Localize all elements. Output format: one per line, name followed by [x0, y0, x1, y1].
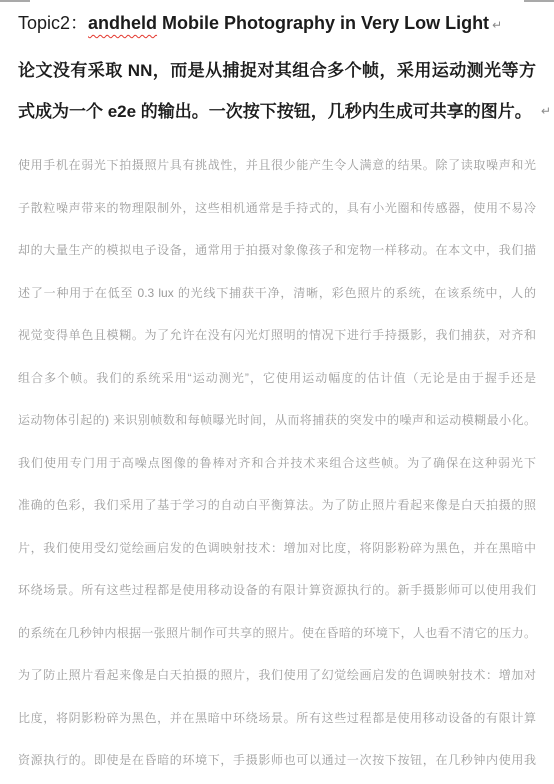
lead-paragraph: 论文没有采取 NN，而是从捕捉对其组合多个帧，采用运动测光等方 式成为一个 e2…: [18, 50, 536, 132]
body-line: 资源执行的。即使是在昏暗的环境下，手摄影师也可以通过一次按下按钮，在几秒钟内使用…: [18, 739, 536, 782]
lead-line: 论文没有采取 NN，而是从捕捉对其组合多个帧，采用运动测光等方: [18, 50, 536, 91]
title-prefix: Topic2：: [18, 13, 88, 33]
document-page: Topic2：andheld Mobile Photography in Ver…: [0, 0, 554, 784]
body-line: 却的大量生产的模拟电子设备，通常用于拍摄对象像孩子和宠物一样移动。在本文中，我们…: [18, 229, 536, 272]
body-line: 视觉变得单色且模糊。为了允许在没有闪光灯照明的情况下进行手持摄影，我们捕获，对齐…: [18, 314, 536, 357]
body-line: 运动物体引起的) 来识别帧数和每帧曝光时间，从而将捕获的突发中的噪声和运动模糊最…: [18, 399, 536, 442]
body-line: 组合多个帧。我们的系统采用“运动测光”，它使用运动幅度的估计值（无论是由于握手还…: [18, 357, 536, 400]
body-line: 我们使用专门用于高噪点图像的鲁棒对齐和合并技术来组合这些帧。为了确保在这种弱光下: [18, 442, 536, 485]
page-title: Topic2：andheld Mobile Photography in Ver…: [18, 10, 540, 39]
body-paragraph: 使用手机在弱光下拍摄照片具有挑战性，并且很少能产生令人满意的结果。除了读取噪声和…: [18, 144, 536, 782]
lead-line: 式成为一个 e2e 的输出。一次按下按钮，几秒内生成可共享的图片。 ↵: [18, 91, 536, 132]
body-line: 为了防止照片看起来像是白天拍摄的照片，我们使用了幻觉绘画启发的色调映射技术：增加…: [18, 654, 536, 697]
margin-crop-mark-left: [0, 0, 30, 2]
body-line: 环绕场景。所有这些过程都是使用移动设备的有限计算资源执行的。新手摄影师可以使用我…: [18, 569, 536, 612]
margin-crop-mark-right: [524, 0, 554, 2]
paragraph-mark-icon: ↵: [492, 18, 502, 32]
body-line: 的系统在几秒钟内根据一张照片制作可共享的照片。使在昏暗的环境下，人也看不清它的压…: [18, 612, 536, 655]
body-line: 比度，将阴影粉碎为黑色，并在黑暗中环绕场景。所有这些过程都是使用移动设备的有限计…: [18, 697, 536, 740]
title-text: Mobile Photography in Very Low Light: [157, 13, 489, 33]
body-line: 片，我们使用受幻觉绘画启发的色调映射技术：增加对比度，将阴影粉碎为黑色，并在黑暗…: [18, 527, 536, 570]
body-line: 准确的色彩，我们采用了基于学习的自动白平衡算法。为了防止照片看起来像是白天拍摄的…: [18, 484, 536, 527]
lead-line-text: 式成为一个 e2e 的输出。一次按下按钮，几秒内生成可共享的图片。: [18, 102, 532, 121]
body-line: 述了一种用于在低至 0.3 lux 的光线下捕获干净，清晰，彩色照片的系统，在该…: [18, 272, 536, 315]
paragraph-mark-icon: ↵: [541, 91, 551, 132]
body-line: 使用手机在弱光下拍摄照片具有挑战性，并且很少能产生令人满意的结果。除了读取噪声和…: [18, 144, 536, 187]
body-line: 子散粒噪声带来的物理限制外，这些相机通常是手持式的，具有小光圈和传感器，使用不易…: [18, 187, 536, 230]
title-misspelled-word: andheld: [88, 13, 157, 33]
